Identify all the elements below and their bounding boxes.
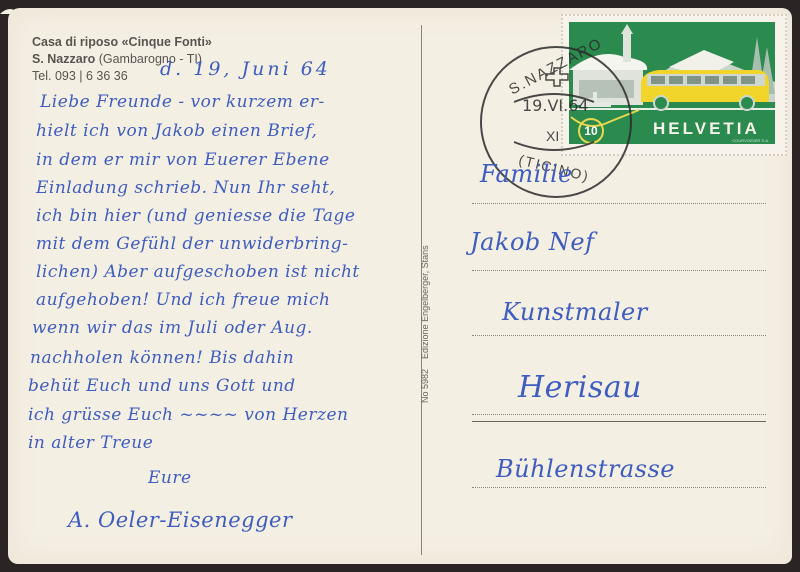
message-line: hielt ich von Jakob einen Brief, [36,121,317,141]
message-line: wenn wir das im Juli oder Aug. [32,318,313,338]
message-line: Liebe Freunde - vor kurzem er- [40,92,325,112]
stamp-printer: COURVOISIER S.A. [732,138,769,143]
address-line: Bühlenstrasse [496,455,675,483]
address-rule [472,203,766,204]
message-line: aufgehoben! Und ich freue mich [36,290,330,310]
address-line: Jakob Nef [470,228,595,256]
handwritten-date: d. 19, Juni 64 [160,58,331,80]
town-name: S. Nazzaro [32,52,95,66]
address-rule [472,414,766,415]
address-line: Herisau [518,370,642,405]
hotel-name: Casa di riposo «Cinque Fonti» [32,34,212,51]
message-line: ich grüsse Euch ~~~~ von Herzen [28,405,348,425]
stamp-country: HELVETIA [653,119,760,139]
message-line: ich bin hier (und geniesse die Tage [36,206,355,226]
postcard-back: Casa di riposo «Cinque Fonti» S. Nazzaro… [8,8,792,564]
message-line: Einladung schrieb. Nun Ihr seht, [36,178,335,198]
address-rule [472,270,766,271]
phone-label: Tel. [32,69,51,83]
message-line: in alter Treue [28,433,153,453]
postmark-hour: XI [546,128,559,144]
message-line: behüt Euch und uns Gott und [28,376,296,396]
address-line: Kunstmaler [502,298,648,326]
signature: A. Oeler-Eisenegger [68,508,293,532]
address-line: Familie [480,160,573,188]
message-line: nachholen können! Bis dahin [30,348,294,368]
publisher-number: No 5982 [420,369,430,403]
address-rule-solid [472,421,766,422]
address-rule [472,335,766,336]
postmark-date: 19.VI.64 [522,96,589,115]
message-line: lichen) Aber aufgeschoben ist nicht [36,262,360,282]
publisher-name: Edizione Engelberger, Stans [420,245,430,359]
phone-number: 093 | 6 36 36 [55,69,128,83]
message-closing: Eure [148,468,192,488]
address-rule [472,487,766,488]
message-line: in dem er mir von Euerer Ebene [36,150,330,170]
message-line: mit dem Gefühl der unwiderbring- [36,234,348,254]
